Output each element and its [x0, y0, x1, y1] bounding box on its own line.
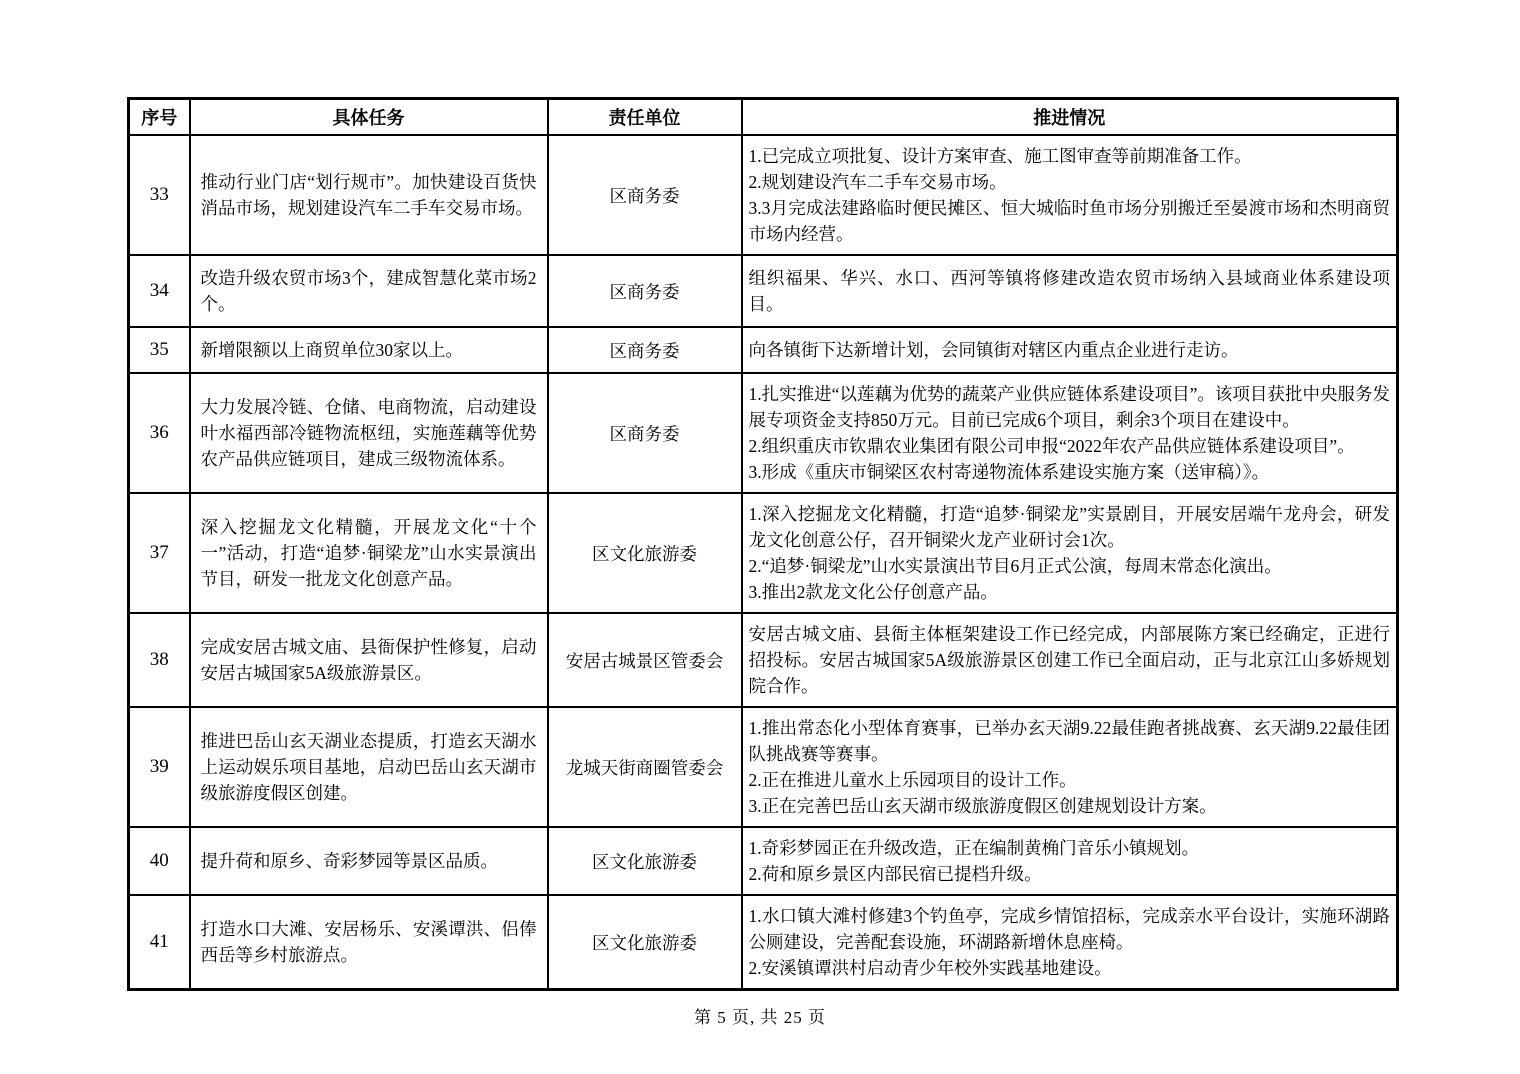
row-index: 36	[129, 373, 190, 493]
task-cell: 完成安居古城文庙、县衙保护性修复，启动安居古城国家5A级旅游景区。	[190, 613, 548, 707]
unit-cell: 区商务委	[548, 327, 742, 373]
row-index: 40	[129, 827, 190, 895]
row-index: 41	[129, 895, 190, 990]
table-row: 37 深入挖掘龙文化精髓，开展龙文化“十个一”活动，打造“追梦·铜梁龙”山水实景…	[129, 493, 1398, 613]
progress-line: 3.3月完成法建路临时便民摊区、恒大城临时鱼市场分别搬迁至晏渡市场和杰明商贸市场…	[749, 195, 1391, 247]
table-row: 35 新增限额以上商贸单位30家以上。 区商务委 向各镇街下达新增计划，会同镇街…	[129, 327, 1398, 373]
progress-line: 3.形成《重庆市铜梁区农村寄递物流体系建设实施方案（送审稿）》。	[749, 459, 1391, 485]
unit-cell: 区文化旅游委	[548, 493, 742, 613]
task-cell: 打造水口大滩、安居杨乐、安溪谭洪、侣俸西岳等乡村旅游点。	[190, 895, 548, 990]
unit-cell: 区文化旅游委	[548, 895, 742, 990]
progress-line: 2.安溪镇谭洪村启动青少年校外实践基地建设。	[749, 955, 1391, 981]
progress-line: 1.水口镇大滩村修建3个钓鱼亭，完成乡情馆招标，完成亲水平台设计，实施环湖路公厕…	[749, 903, 1391, 955]
row-index: 34	[129, 255, 190, 327]
table-row: 38 完成安居古城文庙、县衙保护性修复，启动安居古城国家5A级旅游景区。 安居古…	[129, 613, 1398, 707]
progress-line: 组织福果、华兴、水口、西河等镇将修建改造农贸市场纳入县域商业体系建设项目。	[749, 265, 1391, 317]
progress-line: 2.正在推进儿童水上乐园项目的设计工作。	[749, 767, 1391, 793]
progress-line: 1.奇彩梦园正在升级改造，正在编制黄桷门音乐小镇规划。	[749, 835, 1391, 861]
progress-cell: 1.已完成立项批复、设计方案审查、施工图审查等前期准备工作。2.规划建设汽车二手…	[742, 135, 1398, 255]
table-row: 36 大力发展冷链、仓储、电商物流，启动建设叶水福西部冷链物流枢纽，实施莲藕等优…	[129, 373, 1398, 493]
table-row: 33 推动行业门店“划行规市”。加快建设百货快消品市场，规划建设汽车二手车交易市…	[129, 135, 1398, 255]
col-header-unit: 责任单位	[548, 99, 742, 136]
progress-line: 3.推出2款龙文化公仔创意产品。	[749, 579, 1391, 605]
unit-cell: 区商务委	[548, 255, 742, 327]
progress-line: 2.组织重庆市钦鼎农业集团有限公司申报“2022年农产品供应链体系建设项目”。	[749, 433, 1391, 459]
table-row: 41 打造水口大滩、安居杨乐、安溪谭洪、侣俸西岳等乡村旅游点。 区文化旅游委 1…	[129, 895, 1398, 990]
table-row: 39 推进巴岳山玄天湖业态提质，打造玄天湖水上运动娱乐项目基地，启动巴岳山玄天湖…	[129, 707, 1398, 827]
col-header-index: 序号	[129, 99, 190, 136]
row-index: 35	[129, 327, 190, 373]
row-index: 39	[129, 707, 190, 827]
task-cell: 大力发展冷链、仓储、电商物流，启动建设叶水福西部冷链物流枢纽，实施莲藕等优势农产…	[190, 373, 548, 493]
row-index: 37	[129, 493, 190, 613]
progress-cell: 1.推出常态化小型体育赛事，已举办玄天湖9.22最佳跑者挑战赛、玄天湖9.22最…	[742, 707, 1398, 827]
progress-line: 1.已完成立项批复、设计方案审查、施工图审查等前期准备工作。	[749, 143, 1391, 169]
progress-line: 安居古城文庙、县衙主体框架建设工作已经完成，内部展陈方案已经确定，正进行招投标。…	[749, 621, 1391, 699]
row-index: 33	[129, 135, 190, 255]
task-cell: 推动行业门店“划行规市”。加快建设百货快消品市场，规划建设汽车二手车交易市场。	[190, 135, 548, 255]
task-cell: 提升荷和原乡、奇彩梦园等景区品质。	[190, 827, 548, 895]
task-cell: 深入挖掘龙文化精髓，开展龙文化“十个一”活动，打造“追梦·铜梁龙”山水实景演出节…	[190, 493, 548, 613]
progress-cell: 安居古城文庙、县衙主体框架建设工作已经完成，内部展陈方案已经确定，正进行招投标。…	[742, 613, 1398, 707]
unit-cell: 龙城天街商圈管委会	[548, 707, 742, 827]
table-row: 40 提升荷和原乡、奇彩梦园等景区品质。 区文化旅游委 1.奇彩梦园正在升级改造…	[129, 827, 1398, 895]
table-body: 33 推动行业门店“划行规市”。加快建设百货快消品市场，规划建设汽车二手车交易市…	[129, 135, 1398, 990]
progress-cell: 1.深入挖掘龙文化精髓，打造“追梦·铜梁龙”实景剧目，开展安居端午龙舟会，研发龙…	[742, 493, 1398, 613]
progress-cell: 1.扎实推进“以莲藕为优势的蔬菜产业供应链体系建设项目”。该项目获批中央服务发展…	[742, 373, 1398, 493]
progress-line: 1.深入挖掘龙文化精髓，打造“追梦·铜梁龙”实景剧目，开展安居端午龙舟会，研发龙…	[749, 501, 1391, 553]
col-header-task: 具体任务	[190, 99, 548, 136]
unit-cell: 区商务委	[548, 373, 742, 493]
table-row: 34 改造升级农贸市场3个，建成智慧化菜市场2个。 区商务委 组织福果、华兴、水…	[129, 255, 1398, 327]
progress-cell: 1.水口镇大滩村修建3个钓鱼亭，完成乡情馆招标，完成亲水平台设计，实施环湖路公厕…	[742, 895, 1398, 990]
unit-cell: 区文化旅游委	[548, 827, 742, 895]
progress-line: 2.规划建设汽车二手车交易市场。	[749, 169, 1391, 195]
unit-cell: 安居古城景区管委会	[548, 613, 742, 707]
table-header: 序号 具体任务 责任单位 推进情况	[129, 99, 1398, 136]
header-row: 序号 具体任务 责任单位 推进情况	[129, 99, 1398, 136]
task-table: 序号 具体任务 责任单位 推进情况 33 推动行业门店“划行规市”。加快建设百货…	[127, 97, 1399, 991]
progress-line: 向各镇街下达新增计划，会同镇街对辖区内重点企业进行走访。	[749, 337, 1391, 363]
progress-cell: 组织福果、华兴、水口、西河等镇将修建改造农贸市场纳入县域商业体系建设项目。	[742, 255, 1398, 327]
progress-line: 1.扎实推进“以莲藕为优势的蔬菜产业供应链体系建设项目”。该项目获批中央服务发展…	[749, 381, 1391, 433]
progress-cell: 向各镇街下达新增计划，会同镇街对辖区内重点企业进行走访。	[742, 327, 1398, 373]
page-number: 第 5 页, 共 25 页	[0, 1003, 1520, 1028]
col-header-progress: 推进情况	[742, 99, 1398, 136]
unit-cell: 区商务委	[548, 135, 742, 255]
task-cell: 推进巴岳山玄天湖业态提质，打造玄天湖水上运动娱乐项目基地，启动巴岳山玄天湖市级旅…	[190, 707, 548, 827]
progress-line: 3.正在完善巴岳山玄天湖市级旅游度假区创建规划设计方案。	[749, 793, 1391, 819]
task-cell: 改造升级农贸市场3个，建成智慧化菜市场2个。	[190, 255, 548, 327]
progress-cell: 1.奇彩梦园正在升级改造，正在编制黄桷门音乐小镇规划。2.荷和原乡景区内部民宿已…	[742, 827, 1398, 895]
progress-line: 2.“追梦·铜梁龙”山水实景演出节目6月正式公演，每周末常态化演出。	[749, 553, 1391, 579]
progress-line: 2.荷和原乡景区内部民宿已提档升级。	[749, 861, 1391, 887]
task-cell: 新增限额以上商贸单位30家以上。	[190, 327, 548, 373]
progress-line: 1.推出常态化小型体育赛事，已举办玄天湖9.22最佳跑者挑战赛、玄天湖9.22最…	[749, 715, 1391, 767]
document-page: 序号 具体任务 责任单位 推进情况 33 推动行业门店“划行规市”。加快建设百货…	[0, 0, 1520, 1074]
row-index: 38	[129, 613, 190, 707]
